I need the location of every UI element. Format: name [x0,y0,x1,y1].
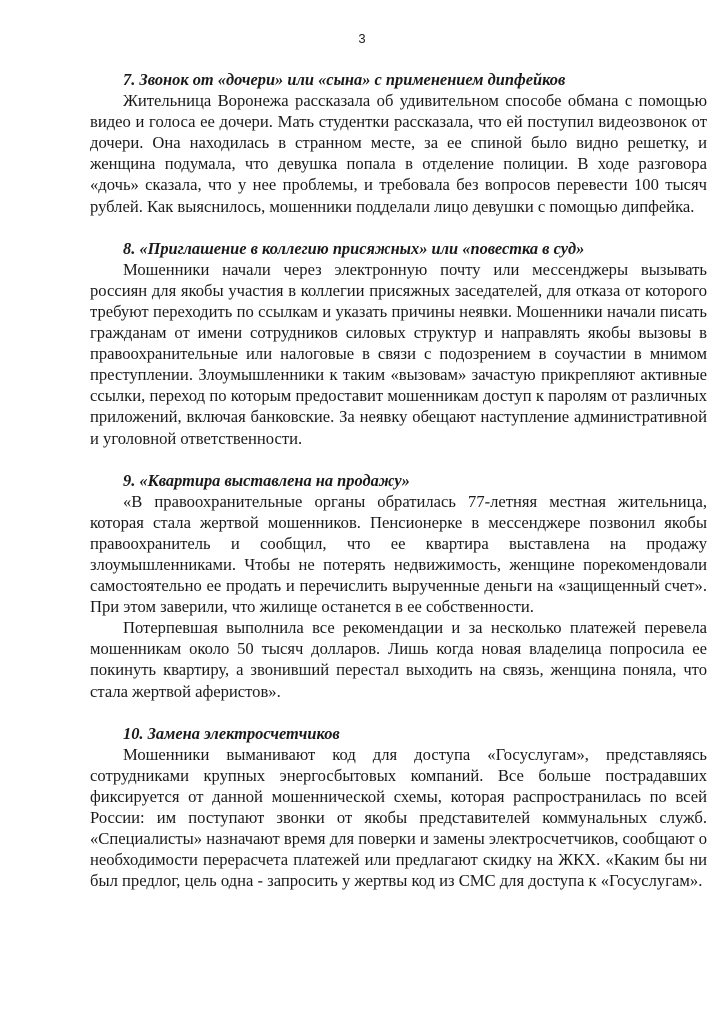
section-spacer [90,702,707,723]
document-body: 7. Звонок от «дочери» или «сына» с приме… [90,69,707,891]
section-heading: 7. Звонок от «дочери» или «сына» с приме… [90,69,707,90]
section-heading: 8. «Приглашение в коллегию присяжных» ил… [90,238,707,259]
section-paragraph: «В правоохранительные органы обратилась … [90,491,707,618]
section-paragraph: Мошенники выманивают код для доступа «Го… [90,744,707,892]
section-paragraph: Потерпевшая выполнила все рекомендации и… [90,617,707,701]
section-8-jury-summons: 8. «Приглашение в коллегию присяжных» ил… [90,238,707,449]
document-page: 3 7. Звонок от «дочери» или «сына» с при… [0,0,724,1023]
section-paragraph: Мошенники начали через электронную почту… [90,259,707,449]
section-10-meter-replacement: 10. Замена электросчетчиков Мошенники вы… [90,723,707,892]
section-7-deepfake-call: 7. Звонок от «дочери» или «сына» с приме… [90,69,707,217]
section-spacer [90,217,707,238]
section-paragraph: Жительница Воронежа рассказала об удивит… [90,90,707,217]
section-9-apartment-for-sale: 9. «Квартира выставлена на продажу» «В п… [90,470,707,702]
section-heading: 9. «Квартира выставлена на продажу» [90,470,707,491]
page-number: 3 [0,31,724,46]
section-spacer [90,449,707,470]
section-heading: 10. Замена электросчетчиков [90,723,707,744]
